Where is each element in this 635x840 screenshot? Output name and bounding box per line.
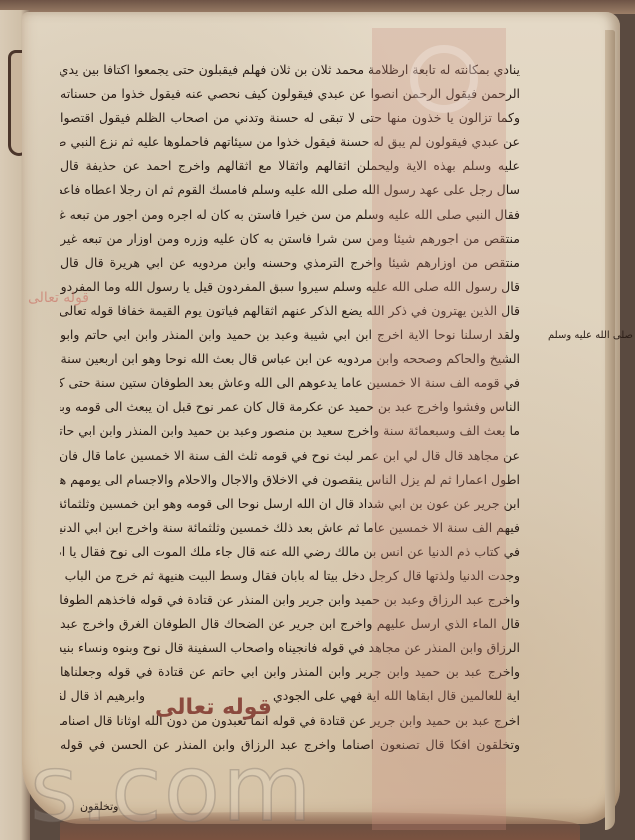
text-line: عن مجاهد قال قال لي ابن عمر لبث نوح في ق… — [60, 444, 520, 468]
text-line: الرزاق وابن المنذر عن مجاهد في قوله فانج… — [60, 636, 520, 660]
text-line: منتقص من اجورهم شيئا ومن سن شرا فاستن به… — [60, 227, 520, 251]
text-line: قال الذين يهترون في ذكر الله يضع الذكر ع… — [60, 299, 520, 323]
text-line: منتقص من اوزارهم شيئا واخرج الترمذي وحسن… — [60, 251, 520, 275]
margin-note-left-red: قوله تعالى — [28, 290, 89, 306]
text-line: واخرج عبد الرزاق وعبد بن حميد وابن جرير … — [60, 588, 520, 612]
text-line: ينادي بمكانته له تابعة ارظلامة محمد ثلان… — [60, 58, 520, 82]
text-line: الرحمن فيقول الرحمن انصوا عن عبدي فيقولو… — [60, 82, 520, 106]
margin-note-right: صلى الله عليه وسلم — [548, 330, 633, 341]
text-line: اخرج عبد بن حميد وابن جرير عن قتادة في ق… — [60, 709, 520, 733]
text-line: وتخلقون افكا قال تصنعون اصناما واخرج عبد… — [60, 733, 520, 757]
text-line: وكما تزالون يا خذون منها حتى لا تبقى له … — [60, 106, 520, 130]
text-line: واخرج عبد بن حميد وابن جرير وابن المنذر … — [60, 660, 520, 684]
text-line: اية للعالمين قال ابقاها الله اية فهي على… — [60, 684, 520, 708]
text-line: سال رجل على عهد رسول الله صلى الله عليه … — [60, 178, 520, 202]
text-line: في قومه الف سنة الا خمسين عاما يدعوهم ال… — [60, 371, 520, 395]
text-line: فيهم الف سنة الا خمسين عاما ثم عاش بعد ذ… — [60, 516, 520, 540]
text-line: عن عبدي فيقولون لم يبق له حسنة فيقول خذو… — [60, 130, 520, 154]
page-right-edge — [605, 30, 615, 830]
text-line: ابن جرير عن عون بن ابي شداد قال ان الله … — [60, 492, 520, 516]
text-line: اطول اعمارا ثم لم يزل الناس ينقصون في ال… — [60, 468, 520, 492]
rubric-heading: قوله تعالى — [155, 695, 272, 720]
text-line: ما بعث الف وسبعمائة سنة واخرج سعيد بن من… — [60, 419, 520, 443]
text-line: قال الماء الذي ارسل عليهم واخرج ابن جرير… — [60, 612, 520, 636]
text-line: قال رسول الله صلى الله عليه وسلم سيروا س… — [60, 275, 520, 299]
text-line: فقال النبي صلى الله عليه وسلم من سن خيرا… — [60, 203, 520, 227]
text-line: عليه وسلم بهذه الاية وليحملن اثقالهم واث… — [60, 154, 520, 178]
text-line: في كتاب ذم الدنيا عن انس بن مالك رضي الل… — [60, 540, 520, 564]
text-line-tail: وابرهيم اذ قال لقومه — [60, 688, 145, 703]
bottom-damage — [60, 812, 580, 840]
catchword: وتخلقون — [80, 800, 118, 813]
text-line: وجدت الدنيا ولذتها قال كرجل دخل بيتا له … — [60, 564, 520, 588]
text-line: الناس وفشوا واخرج عبد بن حميد عن عكرمة ق… — [60, 395, 520, 419]
text-line: ولقد ارسلنا نوحا الاية اخرج ابن ابي شيبة… — [60, 323, 520, 347]
text-line-start: اية للعالمين قال ابقاها الله اية فهي على… — [273, 688, 520, 703]
main-text-block: ينادي بمكانته له تابعة ارظلامة محمد ثلان… — [60, 58, 520, 757]
text-line: الشيخ والحاكم وصححه وابن مردويه عن ابن ع… — [60, 347, 520, 371]
